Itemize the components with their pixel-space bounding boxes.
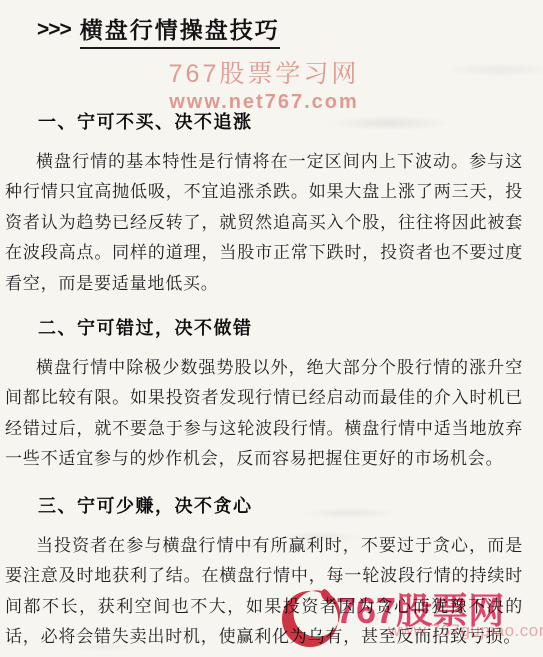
section-heading: 三、宁可少赚，决不贪心 [38,494,523,518]
g-swoosh-logo-icon [280,583,342,656]
document-page: >>>横盘行情操盘技巧 767股票学习网 www.net767.com 一、宁可… [0,0,543,657]
watermark-top-site-name: 767股票学习网 [148,54,380,90]
title-text: 横盘行情操盘技巧 [80,17,280,49]
section-heading: 一、宁可不买、决不追涨 [38,110,523,134]
watermark-top: 767股票学习网 www.net767.com [148,54,380,114]
body-paragraph: 横盘行情的基本特性是行情将在一定区间内上下波动。参与这种行情只宜高抛低吸，不宜追… [5,147,523,299]
section-rather-miss-than-err: 二、宁可错过，决不做错 横盘行情中除极少数强势股以外，绝大部分个股行情的涨升空间… [5,316,523,475]
section-heading: 二、宁可错过，决不做错 [38,316,523,340]
watermark-bottom-site-url: www.767gupiao.com [388,621,543,641]
body-paragraph: 横盘行情中除极少数强势股以外，绝大部分个股行情的涨升空间都比较有限。如果投资者发… [5,353,523,475]
section-never-chase-rally: 一、宁可不买、决不追涨 横盘行情的基本特性是行情将在一定区间内上下波动。参与这种… [5,110,523,299]
title-marker: >>> [37,18,71,42]
page-title: >>>横盘行情操盘技巧 [37,12,280,45]
